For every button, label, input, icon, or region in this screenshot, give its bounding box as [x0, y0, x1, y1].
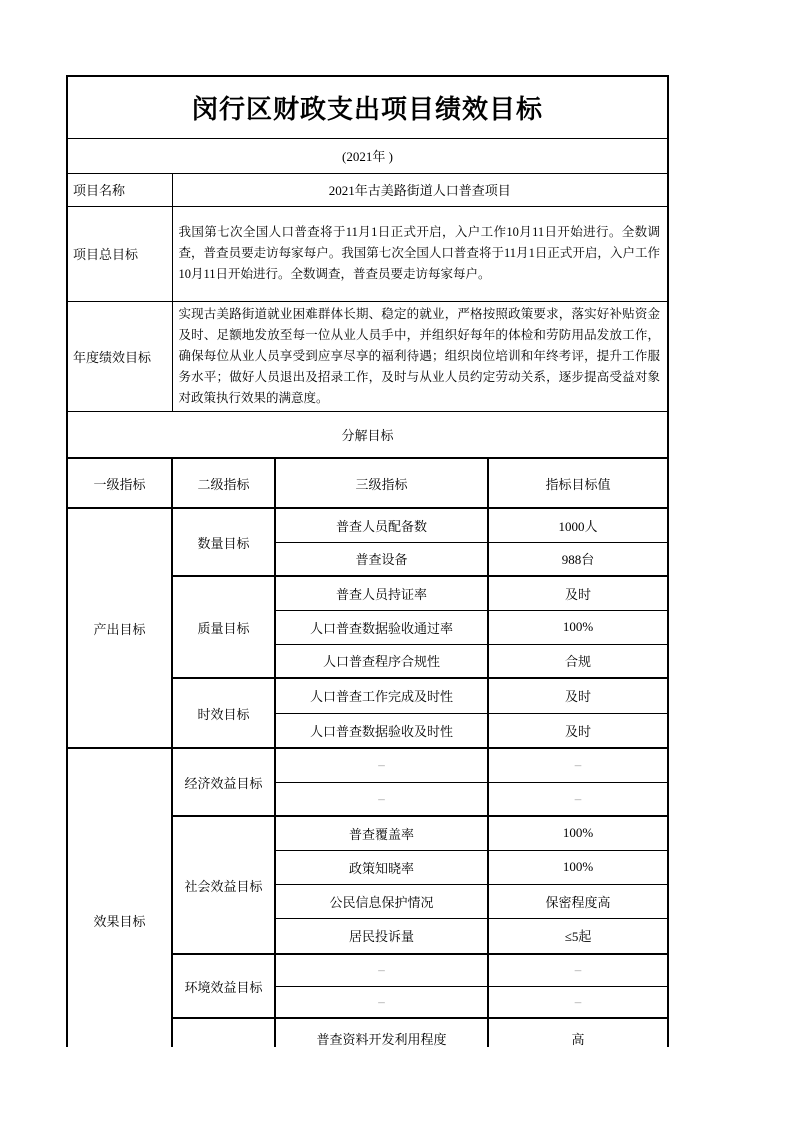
target-value-cell: 高 — [488, 1018, 668, 1047]
target-value-cell: 保密程度高 — [488, 884, 668, 918]
breakdown-section-title: 分解目标 — [67, 411, 668, 458]
level2-timeliness-goal: 时效目标 — [172, 678, 275, 748]
indicator-cell: 普查设备 — [275, 542, 488, 576]
level2-economic-benefit-goal: 经济效益目标 — [172, 748, 275, 816]
indicator-cell: – — [275, 782, 488, 816]
target-value-cell: 1000人 — [488, 508, 668, 542]
target-value-cell: 及时 — [488, 713, 668, 748]
target-value-cell: – — [488, 782, 668, 816]
overall-goal-text: 我国第七次全国人口普查将于11月1日正式开启，入户工作10月11日开始进行。全数… — [172, 206, 668, 301]
indicator-cell: – — [275, 986, 488, 1018]
overall-goal-row: 项目总目标 我国第七次全国人口普查将于11月1日正式开启，入户工作10月11日开… — [67, 206, 668, 301]
target-value-cell: – — [488, 748, 668, 782]
performance-target-table: 闵行区财政支出项目绩效目标 (2021年 ) 项目名称 2021年古美路街道人口… — [66, 75, 669, 1047]
indicator-cell: 普查人员配备数 — [275, 508, 488, 542]
indicator-cell: 普查资料开发利用程度 — [275, 1018, 488, 1047]
indicator-cell: 人口普查数据验收通过率 — [275, 610, 488, 644]
target-value-cell: 及时 — [488, 678, 668, 713]
subtitle-row: (2021年 ) — [67, 138, 668, 173]
target-value-cell: 100% — [488, 850, 668, 884]
target-value-cell: 988台 — [488, 542, 668, 576]
target-value-cell: 100% — [488, 816, 668, 850]
level1-output-goal: 产出目标 — [67, 508, 172, 748]
target-value-cell: – — [488, 986, 668, 1018]
annual-goal-row: 年度绩效目标 实现古美路街道就业困难群体长期、稳定的就业，严格按照政策要求，落实… — [67, 301, 668, 411]
table-row: 效果目标 经济效益目标 – – — [67, 748, 668, 782]
document-title: 闵行区财政支出项目绩效目标 — [67, 76, 668, 138]
level1-effect-goal: 效果目标 — [67, 748, 172, 1047]
header-level3: 三级指标 — [275, 458, 488, 508]
indicator-cell: – — [275, 748, 488, 782]
level2-sustainable-goal: 可持续目标 — [172, 1018, 275, 1047]
overall-goal-label: 项目总目标 — [67, 206, 172, 301]
header-level2: 二级指标 — [172, 458, 275, 508]
table-row: 产出目标 数量目标 普查人员配备数 1000人 — [67, 508, 668, 542]
level2-environment-benefit-goal: 环境效益目标 — [172, 954, 275, 1018]
target-value-cell: 及时 — [488, 576, 668, 610]
indicator-cell: 人口普查程序合规性 — [275, 644, 488, 678]
indicator-cell: 人口普查数据验收及时性 — [275, 713, 488, 748]
project-name-label: 项目名称 — [67, 173, 172, 206]
header-level1: 一级指标 — [67, 458, 172, 508]
target-value-cell: 合规 — [488, 644, 668, 678]
project-name-row: 项目名称 2021年古美路街道人口普查项目 — [67, 173, 668, 206]
header-target: 指标目标值 — [488, 458, 668, 508]
performance-table-clip-region: 闵行区财政支出项目绩效目标 (2021年 ) 项目名称 2021年古美路街道人口… — [66, 75, 672, 1047]
target-value-cell: ≤5起 — [488, 918, 668, 954]
title-row: 闵行区财政支出项目绩效目标 — [67, 76, 668, 138]
level2-quantity-goal: 数量目标 — [172, 508, 275, 576]
breakdown-header-row: 一级指标 二级指标 三级指标 指标目标值 — [67, 458, 668, 508]
year-subtitle: (2021年 ) — [67, 138, 668, 173]
level2-quality-goal: 质量目标 — [172, 576, 275, 678]
indicator-cell: 公民信息保护情况 — [275, 884, 488, 918]
breakdown-section-row: 分解目标 — [67, 411, 668, 458]
annual-goal-text: 实现古美路街道就业困难群体长期、稳定的就业，严格按照政策要求，落实好补贴资金及时… — [172, 301, 668, 411]
target-value-cell: 100% — [488, 610, 668, 644]
indicator-cell: 普查人员持证率 — [275, 576, 488, 610]
indicator-cell: – — [275, 954, 488, 986]
indicator-cell: 普查覆盖率 — [275, 816, 488, 850]
indicator-cell: 人口普查工作完成及时性 — [275, 678, 488, 713]
indicator-cell: 居民投诉量 — [275, 918, 488, 954]
document-page: 闵行区财政支出项目绩效目标 (2021年 ) 项目名称 2021年古美路街道人口… — [0, 0, 793, 1122]
project-name-value: 2021年古美路街道人口普查项目 — [172, 173, 668, 206]
target-value-cell: – — [488, 954, 668, 986]
annual-goal-label: 年度绩效目标 — [67, 301, 172, 411]
level2-social-benefit-goal: 社会效益目标 — [172, 816, 275, 954]
indicator-cell: 政策知晓率 — [275, 850, 488, 884]
